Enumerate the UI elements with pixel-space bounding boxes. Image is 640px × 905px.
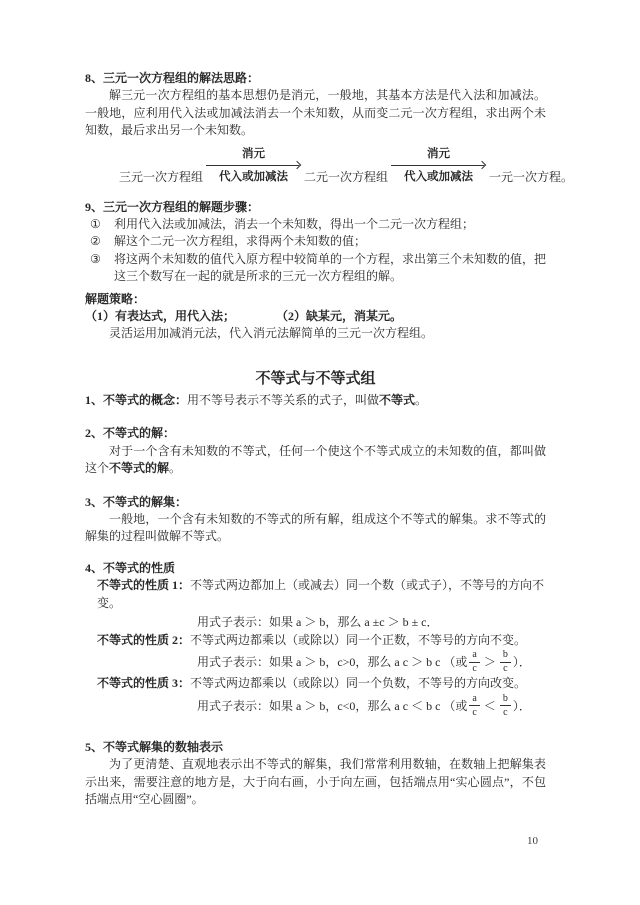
step-item-3: ③ 将这两个未知数的值代入原方程中较简单的一个方程，求出第三个未知数的值，把这三… (85, 251, 546, 286)
property-3-line: 不等式的性质 3：不等式两边都乘以（或除以）同一个负数，不等号的方向改变。 (85, 675, 546, 692)
strategy-note: 灵活运用加减消元法，代入消元法解简单的三元一次方程组。 (85, 325, 546, 342)
step-marker: ③ (85, 251, 114, 286)
arrow-1-top-label: 消元 (242, 148, 265, 161)
fraction-a-over-c: ac (469, 694, 479, 718)
elimination-flow-diagram: 三元一次方程组 消元 代入或加减法 二元一次方程组 消元 代入或加减法 一元一次… (85, 148, 546, 185)
strategy-item-2: （2）缺某元，消某元。 (276, 309, 402, 323)
chapter-title: 不等式与不等式组 (85, 368, 546, 390)
step-text: 解这个二元一次方程组，求得两个未知数的值； (114, 233, 546, 250)
section-4-title: 4、不等式的性质 (85, 560, 546, 577)
right-arrow-icon (391, 161, 486, 170)
property-2-line: 不等式的性质 2：不等式两边都乘以（或除以）同一个正数，不等号的方向不变。 (85, 632, 546, 649)
property-3-formula: 用式子表示：如果 a ＞ b，c<0，那么 a c ＜ b c （或 ac ＜ … (85, 693, 546, 719)
section-8-title: 8、三元一次方程组的解法思路： (85, 70, 546, 87)
section-5-title: 5、不等式解集的数轴表示 (85, 739, 546, 756)
property-3-label: 不等式的性质 3： (97, 676, 190, 690)
fraction-b-over-c: bc (500, 694, 511, 718)
property-3-text: 不等式两边都乘以（或除以）同一个负数，不等号的方向改变。 (190, 676, 526, 690)
property-2-label: 不等式的性质 2： (97, 633, 190, 647)
step-text: 利用代入法或加减法，消去一个未知数，得出一个二元一次方程组； (114, 216, 546, 233)
property-1-line: 不等式的性质 1：不等式两边都加上（或减去）同一个数（或式子），不等号的方向不变… (85, 577, 546, 612)
inequality-operator: ＜ (484, 693, 496, 719)
section-1-text: 用不等号表示不等关系的式子，叫做 (187, 393, 379, 407)
arrow-1-bottom-label: 代入或加减法 (219, 170, 288, 185)
section-1-label: 1、不等式的概念： (85, 393, 187, 407)
fraction-b-over-c: bc (500, 650, 511, 674)
section-3-title: 3、不等式的解集： (85, 494, 546, 511)
flow-node-one-variable: 一元一次方程。 (489, 169, 573, 185)
formula-post: ）． (513, 693, 531, 719)
section-8-paragraph: 解三元一次方程组的基本思想仍是消元，一般地，其基本方法是代入法和加减法。一般地，… (85, 87, 546, 139)
formula-post: ）． (513, 649, 531, 675)
strategy-item-1: （1）有表达式，用代入法； (85, 309, 235, 323)
right-arrow-icon (206, 161, 301, 170)
arrow-2-top-label: 消元 (427, 148, 450, 161)
property-1-label: 不等式的性质 1： (97, 578, 190, 592)
document-page: 8、三元一次方程组的解法思路： 解三元一次方程组的基本思想仍是消元，一般地，其基… (0, 0, 640, 905)
flow-node-two-variable: 二元一次方程组 (304, 169, 388, 185)
formula-pre: 用式子表示：如果 a ＞ b，c>0，那么 a c ＞ b c （或 (197, 649, 467, 675)
section-2-tail: 。 (169, 461, 181, 475)
elimination-arrow-2: 消元 代入或加减法 (391, 148, 486, 185)
section-2-title: 2、不等式的解： (85, 425, 546, 442)
page-content: 8、三元一次方程组的解法思路： 解三元一次方程组的基本思想仍是消元，一般地，其基… (85, 70, 546, 808)
fraction-a-over-c: ac (469, 650, 479, 674)
section-1-tail: 。 (415, 393, 427, 407)
property-2-formula: 用式子表示：如果 a ＞ b，c>0，那么 a c ＞ b c （或 ac ＞ … (85, 649, 546, 675)
section-1-line: 1、不等式的概念：用不等号表示不等关系的式子，叫做不等式。 (85, 392, 546, 409)
step-text: 将这两个未知数的值代入原方程中较简单的一个方程，求出第三个未知数的值，把这三个数… (114, 251, 546, 286)
property-1-formula: 用式子表示：如果 a ＞ b，那么 a ±c ＞ b ± c． (85, 612, 546, 632)
flow-node-three-variable: 三元一次方程组 (119, 169, 203, 185)
page-number: 10 (527, 835, 538, 847)
section-5-paragraph: 为了更清楚、直观地表示出不等式的解集，我们常常利用数轴，在数轴上把解集表示出来，… (85, 756, 546, 808)
inequality-operator: ＞ (484, 649, 496, 675)
strategy-line: （1）有表达式，用代入法； （2）缺某元，消某元。 (85, 308, 546, 325)
section-3-paragraph: 一般地，一个含有未知数的不等式的所有解，组成这个不等式的解集。求不等式的解集的过… (85, 511, 546, 546)
section-9-title: 9、三元一次方程组的解题步骤： (85, 199, 546, 216)
section-2-paragraph: 对于一个含有未知数的不等式，任何一个使这个不等式成立的未知数的值，都叫做这个不等… (85, 443, 546, 478)
step-item-2: ② 解这个二元一次方程组，求得两个未知数的值； (85, 233, 546, 250)
strategy-title: 解题策略： (85, 291, 546, 308)
step-marker: ② (85, 233, 114, 250)
formula-pre: 用式子表示：如果 a ＞ b，c<0，那么 a c ＜ b c （或 (197, 693, 467, 719)
arrow-2-bottom-label: 代入或加减法 (404, 170, 473, 185)
section-1-term: 不等式 (379, 393, 415, 407)
step-marker: ① (85, 216, 114, 233)
elimination-arrow-1: 消元 代入或加减法 (206, 148, 301, 185)
step-item-1: ① 利用代入法或加减法，消去一个未知数，得出一个二元一次方程组； (85, 216, 546, 233)
property-2-text: 不等式两边都乘以（或除以）同一个正数，不等号的方向不变。 (190, 633, 526, 647)
section-2-term: 不等式的解 (109, 461, 169, 475)
